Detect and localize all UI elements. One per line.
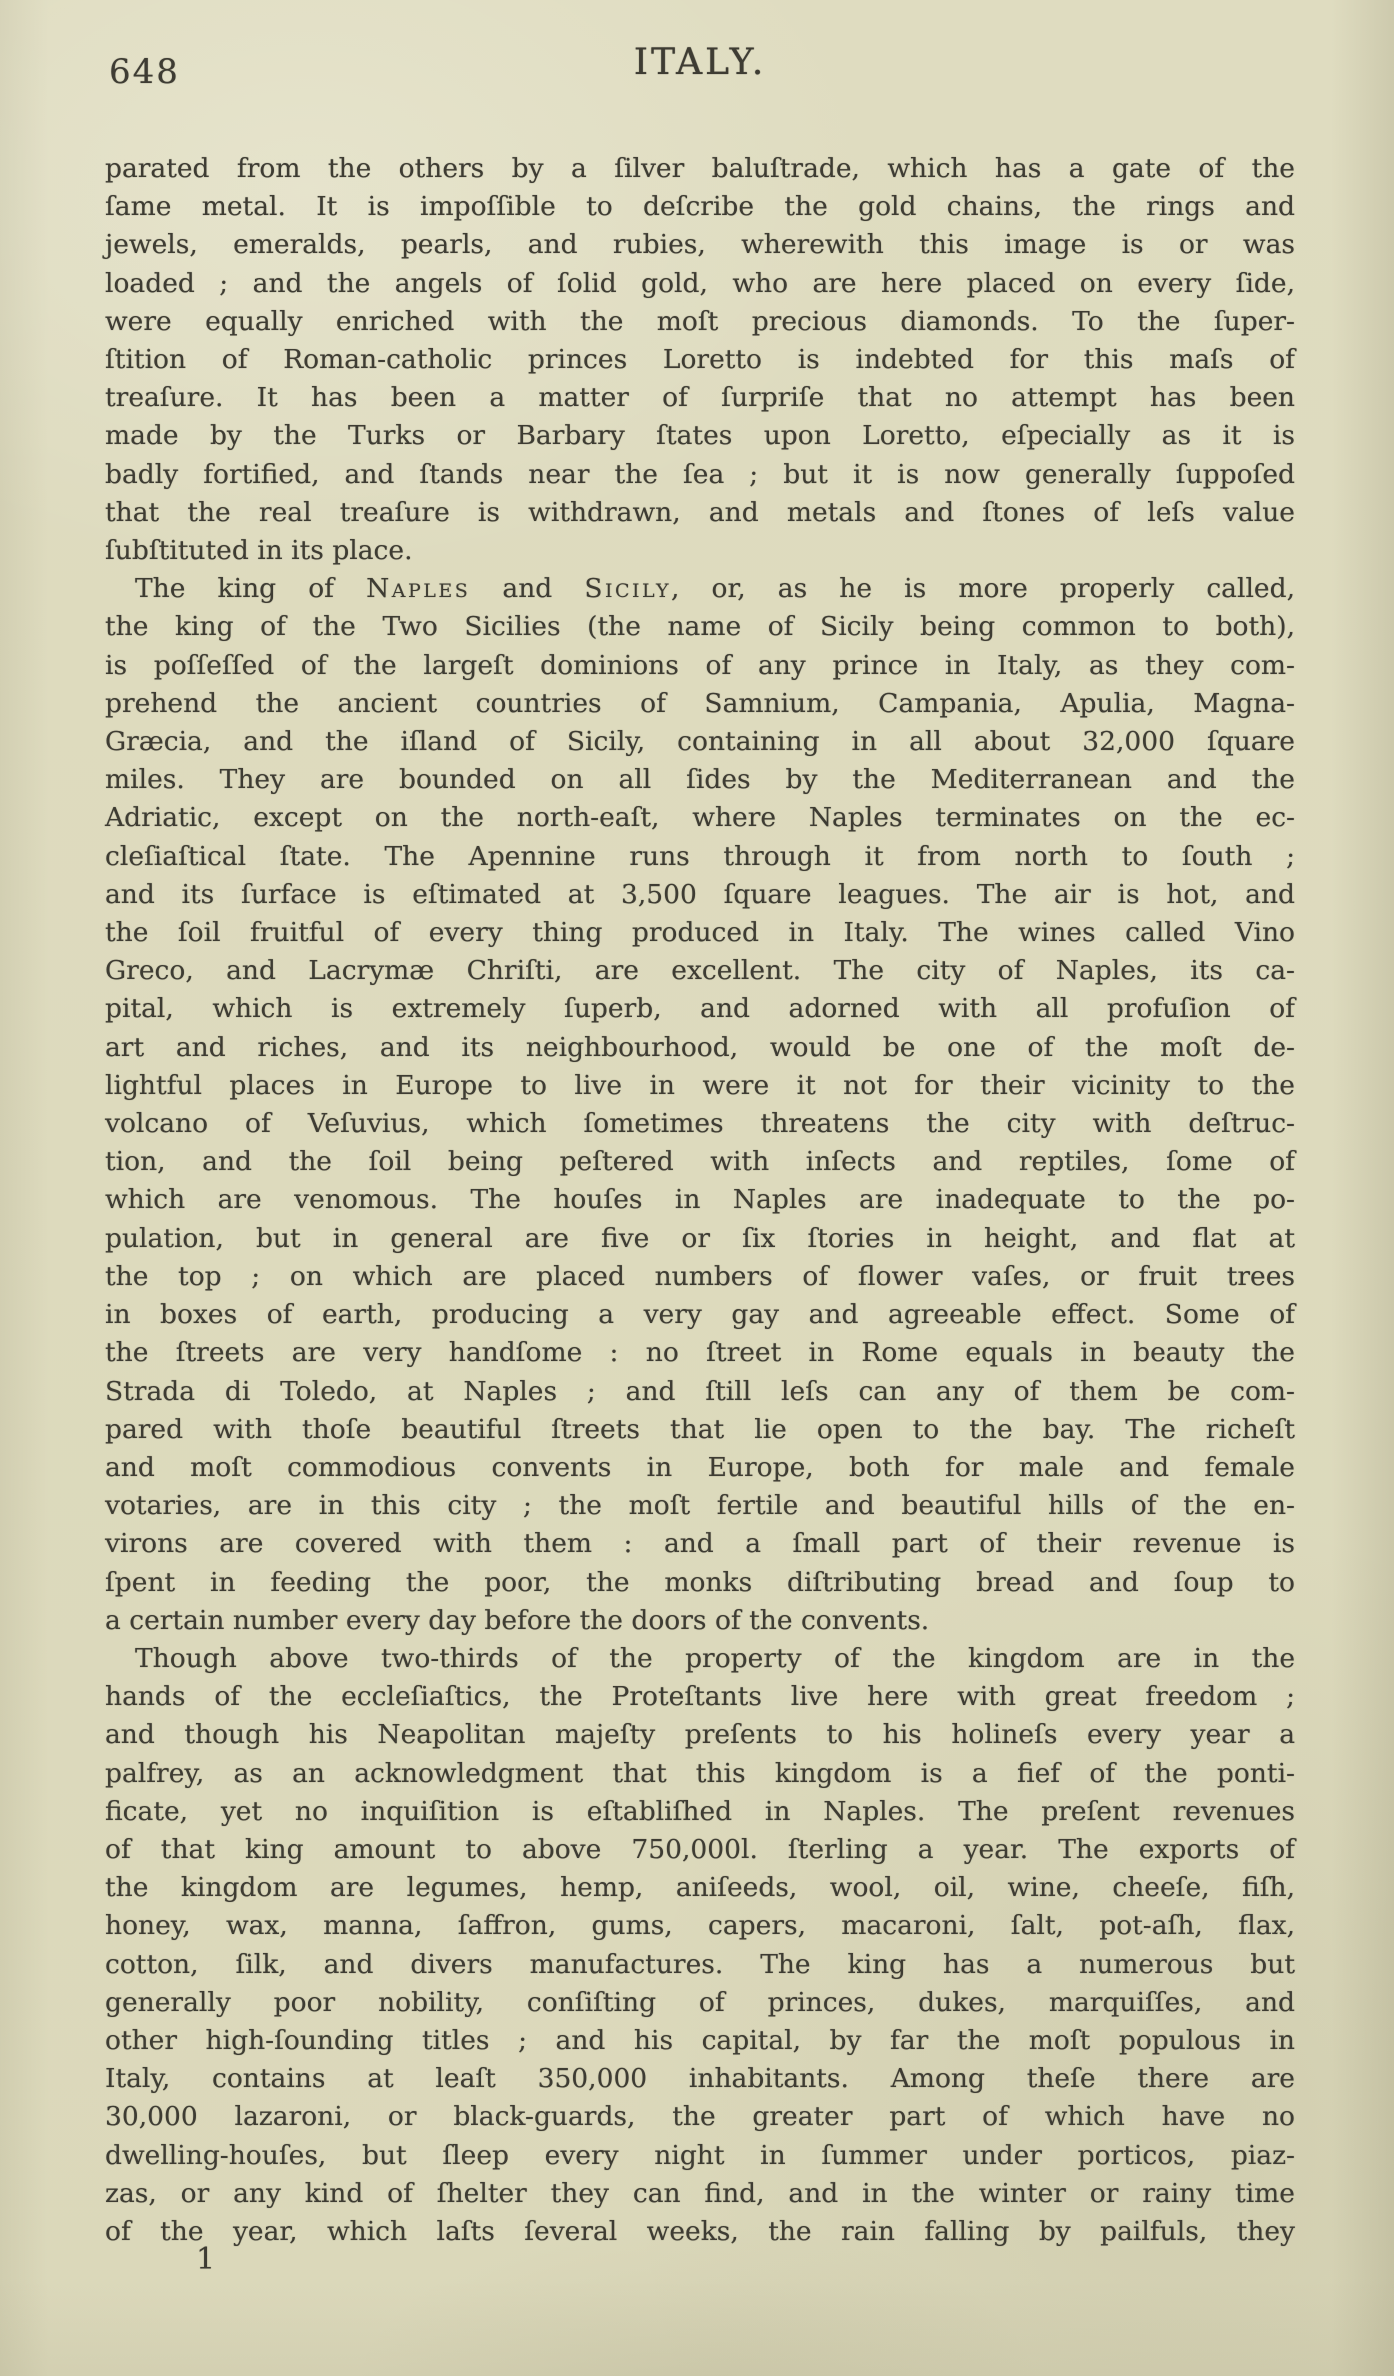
page-number: 648 — [109, 52, 180, 92]
text-line: generally poor nobility, conſiſting of p… — [105, 1984, 1295, 2022]
page-header: 648 ITALY. — [105, 42, 1295, 98]
text-line: the kingdom are legumes, hemp, aniſeeds,… — [105, 1869, 1295, 1907]
text-line: treaſure. It has been a matter of ſurpri… — [105, 379, 1295, 417]
text-line: pulation, but in general are five or ſix… — [105, 1220, 1295, 1258]
text-line: ficate, yet no inquiſition is eſtabliſhe… — [105, 1793, 1295, 1831]
text-line: in boxes of earth, producing a very gay … — [105, 1296, 1295, 1334]
text-line: dwelling-houſes, but ſleep every night i… — [105, 2137, 1295, 2175]
text-line: and though his Neapolitan majeſty preſen… — [105, 1716, 1295, 1754]
text-line: zas, or any kind of ſhelter they can fin… — [105, 2175, 1295, 2213]
small-caps-term: Naples — [366, 573, 470, 604]
text-line: Græcia, and the iſland of Sicily, contai… — [105, 723, 1295, 761]
text-line: the top ; on which are placed numbers of… — [105, 1258, 1295, 1296]
text-line: honey, wax, manna, ſaffron, gums, capers… — [105, 1907, 1295, 1945]
text-line: that the real treaſure is withdrawn, and… — [105, 494, 1295, 532]
text-line: jewels, emeralds, pearls, and rubies, wh… — [105, 226, 1295, 264]
text-block: parated from the others by a ſilver balu… — [105, 150, 1295, 2251]
text-line: Adriatic, except on the north-eaſt, wher… — [105, 799, 1295, 837]
text-line: virons are covered with them : and a ſma… — [105, 1525, 1295, 1563]
text-line: hands of the eccleſiaſtics, the Proteſta… — [105, 1678, 1295, 1716]
text-line: miles. They are bounded on all ſides by … — [105, 761, 1295, 799]
text-line: ſubſtituted in its place. — [105, 532, 1295, 570]
text-line: The king of Naples and Sicily, or, as he… — [105, 570, 1295, 608]
text-line: loaded ; and the angels of ſolid gold, w… — [105, 265, 1295, 303]
running-title: ITALY. — [105, 42, 1295, 83]
text-line: Greco, and Lacrymæ Chriſti, are excellen… — [105, 952, 1295, 990]
text-line: tion, and the ſoil being peſtered with i… — [105, 1143, 1295, 1181]
text-line: ſtition of Roman-catholic princes Lorett… — [105, 341, 1295, 379]
text-line: ſame metal. It is impoſſible to deſcribe… — [105, 188, 1295, 226]
text-line: parated from the others by a ſilver balu… — [105, 150, 1295, 188]
text-line: art and riches, and its neighbourhood, w… — [105, 1029, 1295, 1067]
text-line: pared with thoſe beautiful ſtreets that … — [105, 1411, 1295, 1449]
text-line: and its ſurface is eſtimated at 3,500 ſq… — [105, 876, 1295, 914]
text-line: prehend the ancient countries of Samnium… — [105, 685, 1295, 723]
text-line: the ſoil fruitful of every thing produce… — [105, 914, 1295, 952]
text-line: Though above two-thirds of the property … — [105, 1640, 1295, 1678]
text-line: and moſt commodious convents in Europe, … — [105, 1449, 1295, 1487]
text-line: the ſtreets are very handſome : no ſtree… — [105, 1334, 1295, 1372]
text-line: other high-ſounding titles ; and his cap… — [105, 2022, 1295, 2060]
text-line: 30,000 lazaroni, or black-guards, the gr… — [105, 2098, 1295, 2136]
text-line: the king of the Two Sicilies (the name o… — [105, 608, 1295, 646]
text-line: badly fortified, and ſtands near the ſea… — [105, 456, 1295, 494]
small-caps-term: Sicily — [584, 573, 671, 604]
text-line: of the year, which laſts ſeveral weeks, … — [105, 2213, 1295, 2251]
text-line: Strada di Toledo, at Naples ; and ſtill … — [105, 1373, 1295, 1411]
text-line: a certain number every day before the do… — [105, 1602, 1295, 1640]
text-line: cotton, ſilk, and divers manufactures. T… — [105, 1946, 1295, 1984]
text-line: were equally enriched with the moſt prec… — [105, 303, 1295, 341]
text-line: pital, which is extremely ſuperb, and ad… — [105, 990, 1295, 1028]
signature-mark: 1 — [196, 2242, 215, 2277]
text-line: made by the Turks or Barbary ſtates upon… — [105, 417, 1295, 455]
text-line: palfrey, as an acknowledgment that this … — [105, 1755, 1295, 1793]
text-line: is poſſeſſed of the largeſt dominions of… — [105, 647, 1295, 685]
text-line: ſpent in feeding the poor, the monks diſ… — [105, 1564, 1295, 1602]
text-line: cleſiaſtical ſtate. The Apennine runs th… — [105, 838, 1295, 876]
text-line: which are venomous. The houſes in Naples… — [105, 1181, 1295, 1219]
text-line: Italy, contains at leaſt 350,000 inhabit… — [105, 2060, 1295, 2098]
book-page: 648 ITALY. parated from the others by a … — [0, 0, 1394, 2376]
text-line: votaries, are in this city ; the moſt fe… — [105, 1487, 1295, 1525]
text-line: of that king amount to above 750,000l. ſ… — [105, 1831, 1295, 1869]
text-line: volcano of Veſuvius, which ſometimes thr… — [105, 1105, 1295, 1143]
text-line: lightful places in Europe to live in wer… — [105, 1067, 1295, 1105]
